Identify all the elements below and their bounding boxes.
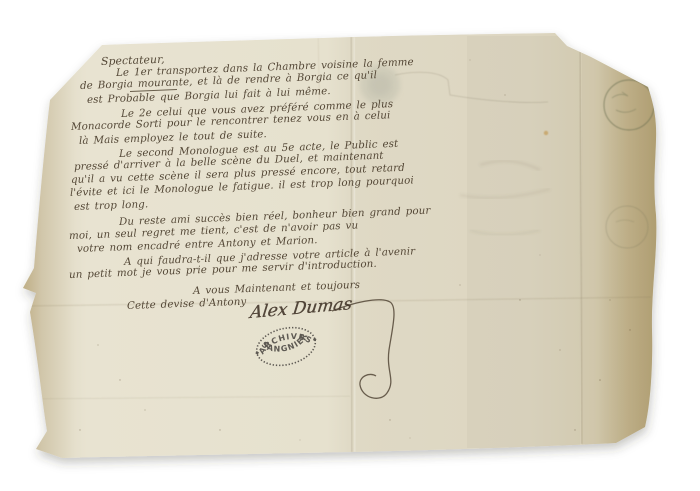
photo-backdrop: Spectateur, Le 1er transportez dans la C… [0,0,700,491]
left-torn-edge-shading [23,40,75,460]
letter-photograph [0,0,700,491]
svg-text:SANGNIER: SANGNIER [259,330,313,359]
stamp-left-dot [255,351,259,355]
stamp-bottom-text: SANGNIER [259,330,313,359]
